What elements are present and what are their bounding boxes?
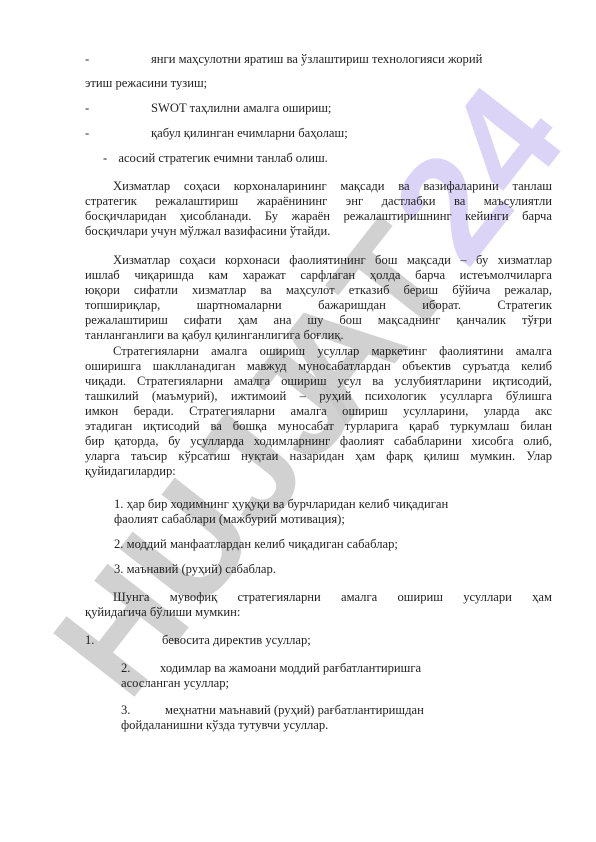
reason-item-line: 1. ҳар бир ходимнинг ҳуқуқи ва бурчларид…	[114, 497, 448, 512]
document-page: HUJJ A T 24 - янги маҳсулотни яратиш ва …	[0, 0, 596, 842]
paragraph-line: уларга таъсир кўрсатиш нуқтаи назаридан …	[85, 449, 552, 464]
method-text: ходимлар ва жамоани моддий рағбатлантири…	[160, 661, 421, 676]
method-text: фойдаланишни кўзда тутувчи усуллар.	[121, 718, 328, 733]
paragraph-line: Хизматлар соҳаси корхонаси фаолиятининг …	[85, 253, 552, 268]
method-text: асосланган усуллар;	[121, 676, 229, 691]
paragraph-line: режалаштириш сифати ҳам ана шу бош мақса…	[85, 313, 552, 328]
paragraph-line: Шунга мувофиқ стратегияларни амалга ошир…	[85, 590, 552, 605]
paragraph-line: босқичлари учун мўлжал вазифасини ўтайди…	[85, 224, 552, 239]
paragraph-line: ишлаб чиқаришда кам харажат сарфлаган ҳо…	[85, 268, 552, 283]
paragraph-line: стратегик режалаштириш жараёнининг энг д…	[85, 194, 552, 209]
method-text: меҳнатни маънавий (руҳий) рағбатлантириш…	[165, 703, 424, 718]
bullet-dash: -	[85, 126, 89, 141]
method-number: 2.	[121, 661, 130, 676]
paragraph-line: Стратегияларни амалга ошириш усуллар мар…	[85, 344, 552, 359]
reason-item-line: фаолият сабаблари (мажбурий мотивация);	[114, 512, 345, 527]
bullet-text: қабул қилинган ечимларни баҳолаш;	[151, 126, 348, 141]
bullet-text: янги маҳсулотни яратиш ва ўзлаштириш тех…	[151, 52, 482, 67]
method-number: 3.	[121, 703, 130, 718]
paragraph-line: этадиган иқтисодий ва бошқа муносабат ту…	[85, 419, 552, 434]
paragraph-line: ташкилий (маъмурий), ижтимоий – руҳий пс…	[85, 389, 552, 404]
paragraph-line: юқори сифатли хизматлар ва маҳсулот етка…	[85, 283, 552, 298]
method-text: бевосита директив усуллар;	[162, 633, 311, 648]
paragraph-line: босқичларидан ҳисобланади. Бу жараён реж…	[85, 209, 552, 224]
bullet-continuation: этиш режасини тузиш;	[85, 76, 207, 91]
bullet-text: асосий стратегик ечимни танлаб олиш.	[118, 151, 327, 165]
paragraph-line: қуйидагича бўлиши мумкин:	[85, 605, 552, 620]
paragraph-line: бир қаторда, бу усулларда ходимларнинг ф…	[85, 434, 552, 449]
paragraph-line: имкон беради. Стратегияларни амалга ошир…	[85, 404, 552, 419]
paragraph-line: чиқади. Стратегияларни амалга ошириш усу…	[85, 374, 552, 389]
paragraph-line: Хизматлар соҳаси корхоналарининг мақсади…	[85, 179, 552, 194]
bullet-text: SWOT таҳлилни амалга ошириш;	[151, 101, 331, 116]
reason-item-line: 3. маънавий (руҳий) сабаблар.	[114, 562, 276, 577]
paragraph-line: қуйидагилардир:	[85, 464, 552, 479]
paragraph-line: оширишга шаклланадиган мавжуд муносабатл…	[85, 359, 552, 374]
paragraph-line: танланганлиги ва қабул қилинганлигига бо…	[85, 328, 552, 343]
reason-item-line: 2. моддий манфаатлардан келиб чиқадиган …	[114, 537, 398, 552]
bullet-dash: -	[85, 101, 89, 116]
paragraph-line: топшириқлар, шартномаларни бажаришдан иб…	[85, 298, 552, 313]
method-number: 1.	[85, 633, 94, 648]
bullet-dash: -	[85, 52, 89, 67]
bullet-item: - асосий стратегик ечимни танлаб олиш.	[103, 151, 328, 166]
bullet-dash: -	[103, 151, 107, 165]
